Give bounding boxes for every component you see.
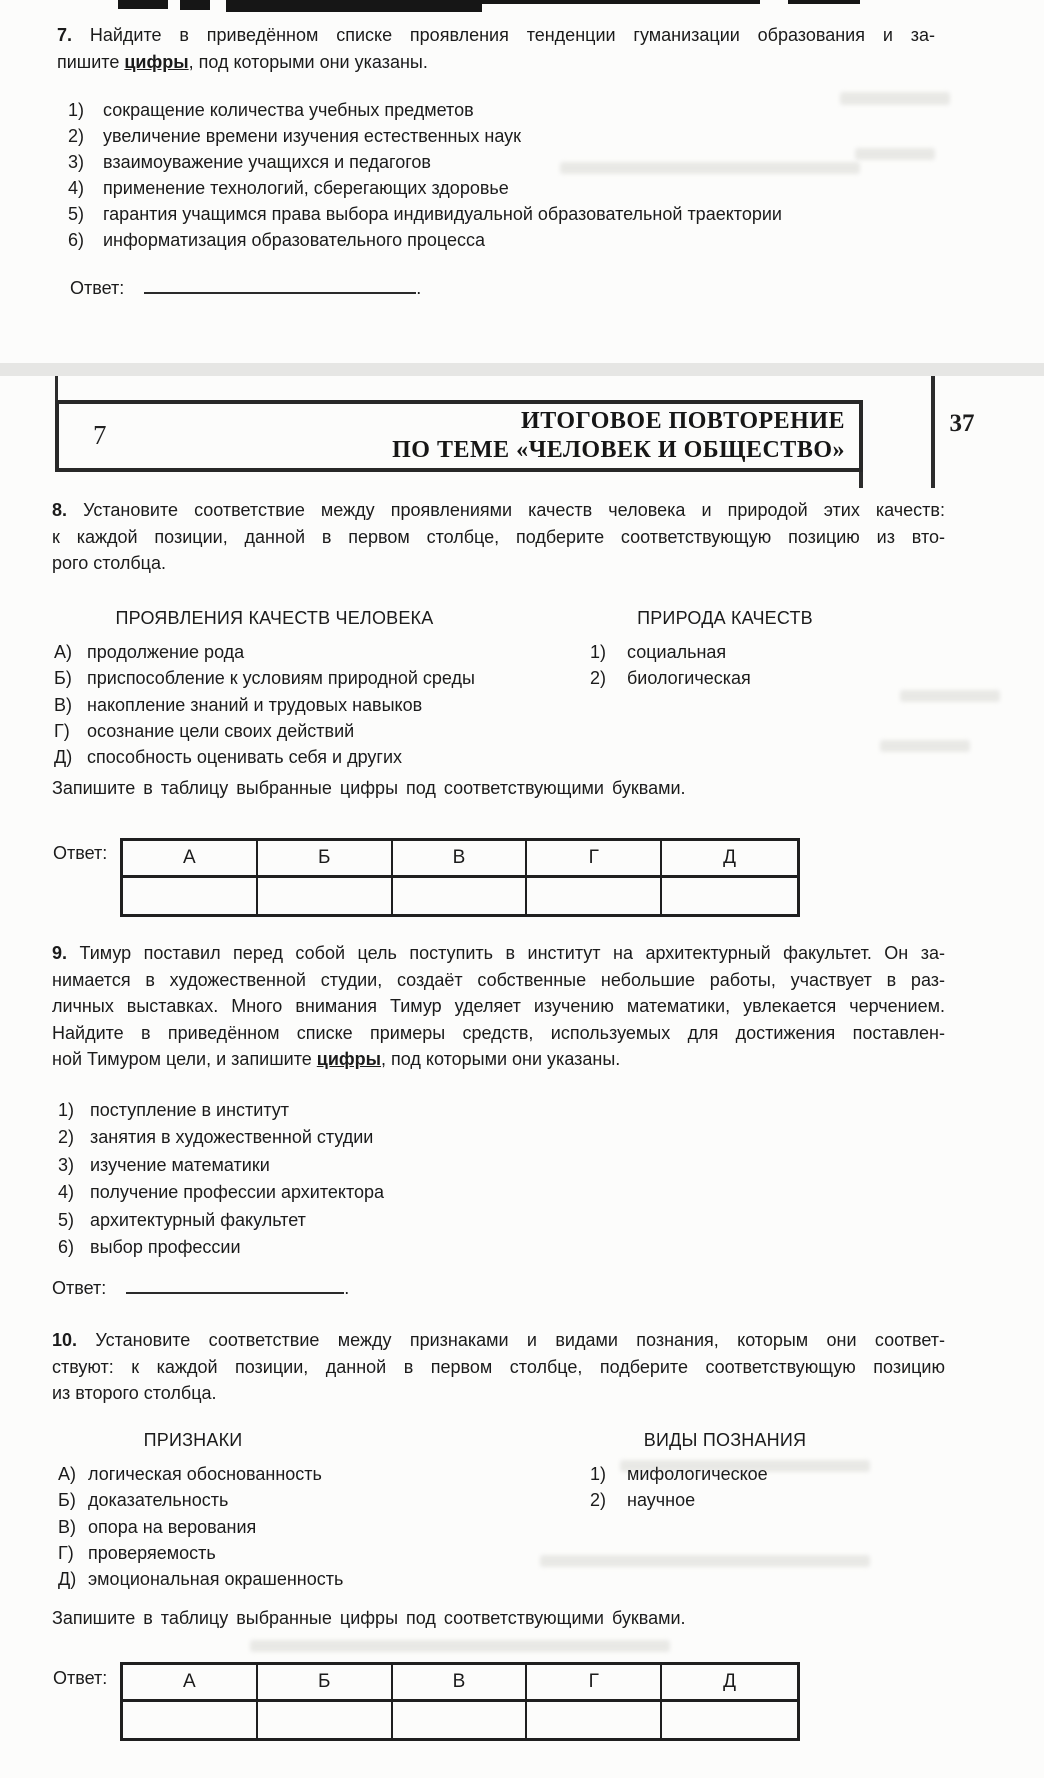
answer-header-cell: Д <box>662 1665 797 1699</box>
question-7-line1: 7. Найдите в приведённом списке проявлен… <box>57 22 935 49</box>
answer-table-header-row: А Б В Г Д <box>123 1665 797 1702</box>
question-8-instruction: Запишите в таблицу выбранные цифры под с… <box>52 778 686 799</box>
scan-artifact <box>118 0 168 9</box>
answer-blank-cell <box>662 1702 797 1738</box>
matching-item: Г)проверяемость <box>58 1540 478 1566</box>
question-7-text: 7. Найдите в приведённом списке проявлен… <box>57 22 935 75</box>
answer-blank-cell <box>258 1702 393 1738</box>
question-9-line5: ной Тимуром цели, и запишите цифры, под … <box>52 1046 945 1073</box>
chapter-title-line2: ПО ТЕМЕ «ЧЕЛОВЕК И ОБЩЕСТВО» <box>392 436 845 465</box>
list-item: 3)изучение математики <box>58 1152 930 1179</box>
question-10-right-column: ВИДЫ ПОЗНАНИЯ 1)мифологическое 2)научное <box>575 1428 875 1514</box>
matching-right-header: ПРИРОДА КАЧЕСТВ <box>575 606 875 630</box>
question-8-line1: 8. Установите соответствие между проявле… <box>52 497 945 524</box>
matching-item: Б)доказательность <box>58 1487 478 1513</box>
answer-header-cell: А <box>123 1665 258 1699</box>
answer-blank-cell <box>123 878 258 914</box>
chapter-number: 7 <box>93 420 107 451</box>
answer-blank-cell <box>527 1702 662 1738</box>
list-item: 1)сокращение количества учебных предмето… <box>68 98 940 124</box>
banner-stub-rule <box>859 470 863 488</box>
list-item: 2)увеличение времени изучения естественн… <box>68 124 940 150</box>
question-9-line3: личных выставках. Много внимания Тимур у… <box>52 993 945 1020</box>
page-number: 37 <box>938 410 986 438</box>
bold-keyword: цифры <box>317 1049 381 1069</box>
question-9-answer: Ответ:. <box>52 1278 349 1299</box>
question-10-left-column: ПРИЗНАКИ А)логическая обоснованность Б)д… <box>58 1428 478 1592</box>
list-item: 6)выбор профессии <box>58 1234 930 1261</box>
question-10-answer-label: Ответ: <box>53 1668 107 1689</box>
matching-item: Г)осознание цели своих действий <box>54 718 495 744</box>
matching-item: Д)способность оценивать себя и других <box>54 744 495 770</box>
chapter-title-line1: ИТОГОВОЕ ПОВТОРЕНИЕ <box>392 407 845 436</box>
answer-blank-cell <box>393 1702 528 1738</box>
list-item: 3)взаимоуважение учащихся и педагогов <box>68 150 940 176</box>
scan-artifact <box>900 690 1000 702</box>
list-item: 5)архитектурный факультет <box>58 1207 930 1234</box>
question-7-options: 1)сокращение количества учебных предмето… <box>68 98 940 253</box>
scan-band <box>0 363 1044 376</box>
answer-header-cell: В <box>393 841 528 875</box>
question-7-line2: пишите цифры, под которыми они указаны. <box>57 49 935 76</box>
answer-blank-cell <box>123 1702 258 1738</box>
question-8-line2: к каждой позиции, данной в первом столбц… <box>52 524 945 551</box>
scan-artifact <box>250 1640 670 1652</box>
scan-artifact <box>788 0 860 4</box>
question-10-text: 10. Установите соответствие между призна… <box>52 1327 945 1407</box>
matching-left-header: ПРОЯВЛЕНИЯ КАЧЕСТВ ЧЕЛОВЕКА <box>54 606 495 630</box>
answer-blank-cell <box>258 878 393 914</box>
question-9-text: 9. Тимур поставил перед собой цель посту… <box>52 940 945 1073</box>
question-7-number: 7. <box>57 25 72 45</box>
question-10-instruction: Запишите в таблицу выбранные цифры под с… <box>52 1608 686 1629</box>
scan-artifact <box>482 0 760 4</box>
period: . <box>416 278 421 298</box>
banner-right-rule <box>931 376 935 488</box>
matching-item: А)продолжение рода <box>54 639 495 665</box>
answer-table-blank-row <box>123 1702 797 1738</box>
question-8-text: 8. Установите соответствие между проявле… <box>52 497 945 577</box>
answer-header-cell: А <box>123 841 258 875</box>
question-9-line1: 9. Тимур поставил перед собой цель посту… <box>52 940 945 967</box>
answer-header-cell: Г <box>527 841 662 875</box>
question-10-line2: ствуют: к каждой позиции, данной в перво… <box>52 1354 945 1381</box>
answer-table-header-row: А Б В Г Д <box>123 841 797 878</box>
matching-item: В)опора на верования <box>58 1514 478 1540</box>
question-10-number: 10. <box>52 1330 77 1350</box>
question-8-right-column: ПРИРОДА КАЧЕСТВ 1)социальная 2)биологиче… <box>575 606 875 692</box>
question-10-line1: 10. Установите соответствие между призна… <box>52 1327 945 1354</box>
answer-table-blank-row <box>123 878 797 914</box>
matching-item: 1)мифологическое <box>575 1461 875 1487</box>
matching-item: 1)социальная <box>575 639 875 665</box>
answer-header-cell: Б <box>258 1665 393 1699</box>
bold-keyword: цифры <box>124 52 188 72</box>
list-item: 5)гарантия учащимся права выбора индивид… <box>68 202 940 228</box>
matching-item: А)логическая обоснованность <box>58 1461 478 1487</box>
matching-item: Д)эмоциональная окрашенность <box>58 1566 478 1592</box>
scan-artifact <box>880 740 970 752</box>
question-8-answer-label: Ответ: <box>53 843 107 864</box>
matching-item: 2)биологическая <box>575 665 875 691</box>
list-item: 2)занятия в художественной студии <box>58 1124 930 1151</box>
answer-label: Ответ: <box>70 278 124 299</box>
list-item: 4)получение профессии архитектора <box>58 1179 930 1206</box>
matching-item: 2)научное <box>575 1487 875 1513</box>
chapter-title: ИТОГОВОЕ ПОВТОРЕНИЕ ПО ТЕМЕ «ЧЕЛОВЕК И О… <box>392 407 845 465</box>
question-9-line4: Найдите в приведённом списке примеры сре… <box>52 1020 945 1047</box>
answer-header-cell: Б <box>258 841 393 875</box>
matching-item: В)накопление знаний и трудовых навыков <box>54 692 495 718</box>
answer-header-cell: Г <box>527 1665 662 1699</box>
matching-left-header: ПРИЗНАКИ <box>58 1428 328 1452</box>
question-10-answer-table: А Б В Г Д <box>120 1662 800 1741</box>
question-8-left-column: ПРОЯВЛЕНИЯ КАЧЕСТВ ЧЕЛОВЕКА А)продолжени… <box>54 606 495 770</box>
answer-blank-line <box>126 1291 344 1294</box>
question-9-number: 9. <box>52 943 67 963</box>
scan-artifact <box>180 0 210 10</box>
answer-blank-line <box>144 291 416 294</box>
scan-artifact <box>540 1555 870 1567</box>
matching-right-header: ВИДЫ ПОЗНАНИЯ <box>575 1428 875 1452</box>
answer-header-cell: Д <box>662 841 797 875</box>
list-item: 1)поступление в институт <box>58 1097 930 1124</box>
list-item: 4)применение технологий, сберегающих здо… <box>68 176 940 202</box>
chapter-banner-box: 7 ИТОГОВОЕ ПОВТОРЕНИЕ ПО ТЕМЕ «ЧЕЛОВЕК И… <box>55 400 863 472</box>
question-8-number: 8. <box>52 500 67 520</box>
scan-artifact <box>226 0 482 12</box>
answer-blank-cell <box>662 878 797 914</box>
question-9-options: 1)поступление в институт 2)занятия в худ… <box>58 1097 930 1261</box>
answer-blank-cell <box>527 878 662 914</box>
question-7-answer: Ответ:. <box>70 278 421 299</box>
list-item: 6)информатизация образовательного процес… <box>68 228 940 254</box>
question-8-answer-table: А Б В Г Д <box>120 838 800 917</box>
question-10-line3: из второго столбца. <box>52 1380 945 1407</box>
matching-item: Б)приспособление к условиям природной ср… <box>54 665 495 691</box>
scanned-workbook-page: 7. Найдите в приведённом списке проявлен… <box>0 0 1044 1778</box>
question-8-line3: рого столбца. <box>52 550 945 577</box>
answer-header-cell: В <box>393 1665 528 1699</box>
period: . <box>344 1278 349 1298</box>
answer-blank-cell <box>393 878 528 914</box>
banner-left-rule <box>55 376 58 402</box>
question-9-line2: нимается в художественной студии, создаё… <box>52 967 945 994</box>
